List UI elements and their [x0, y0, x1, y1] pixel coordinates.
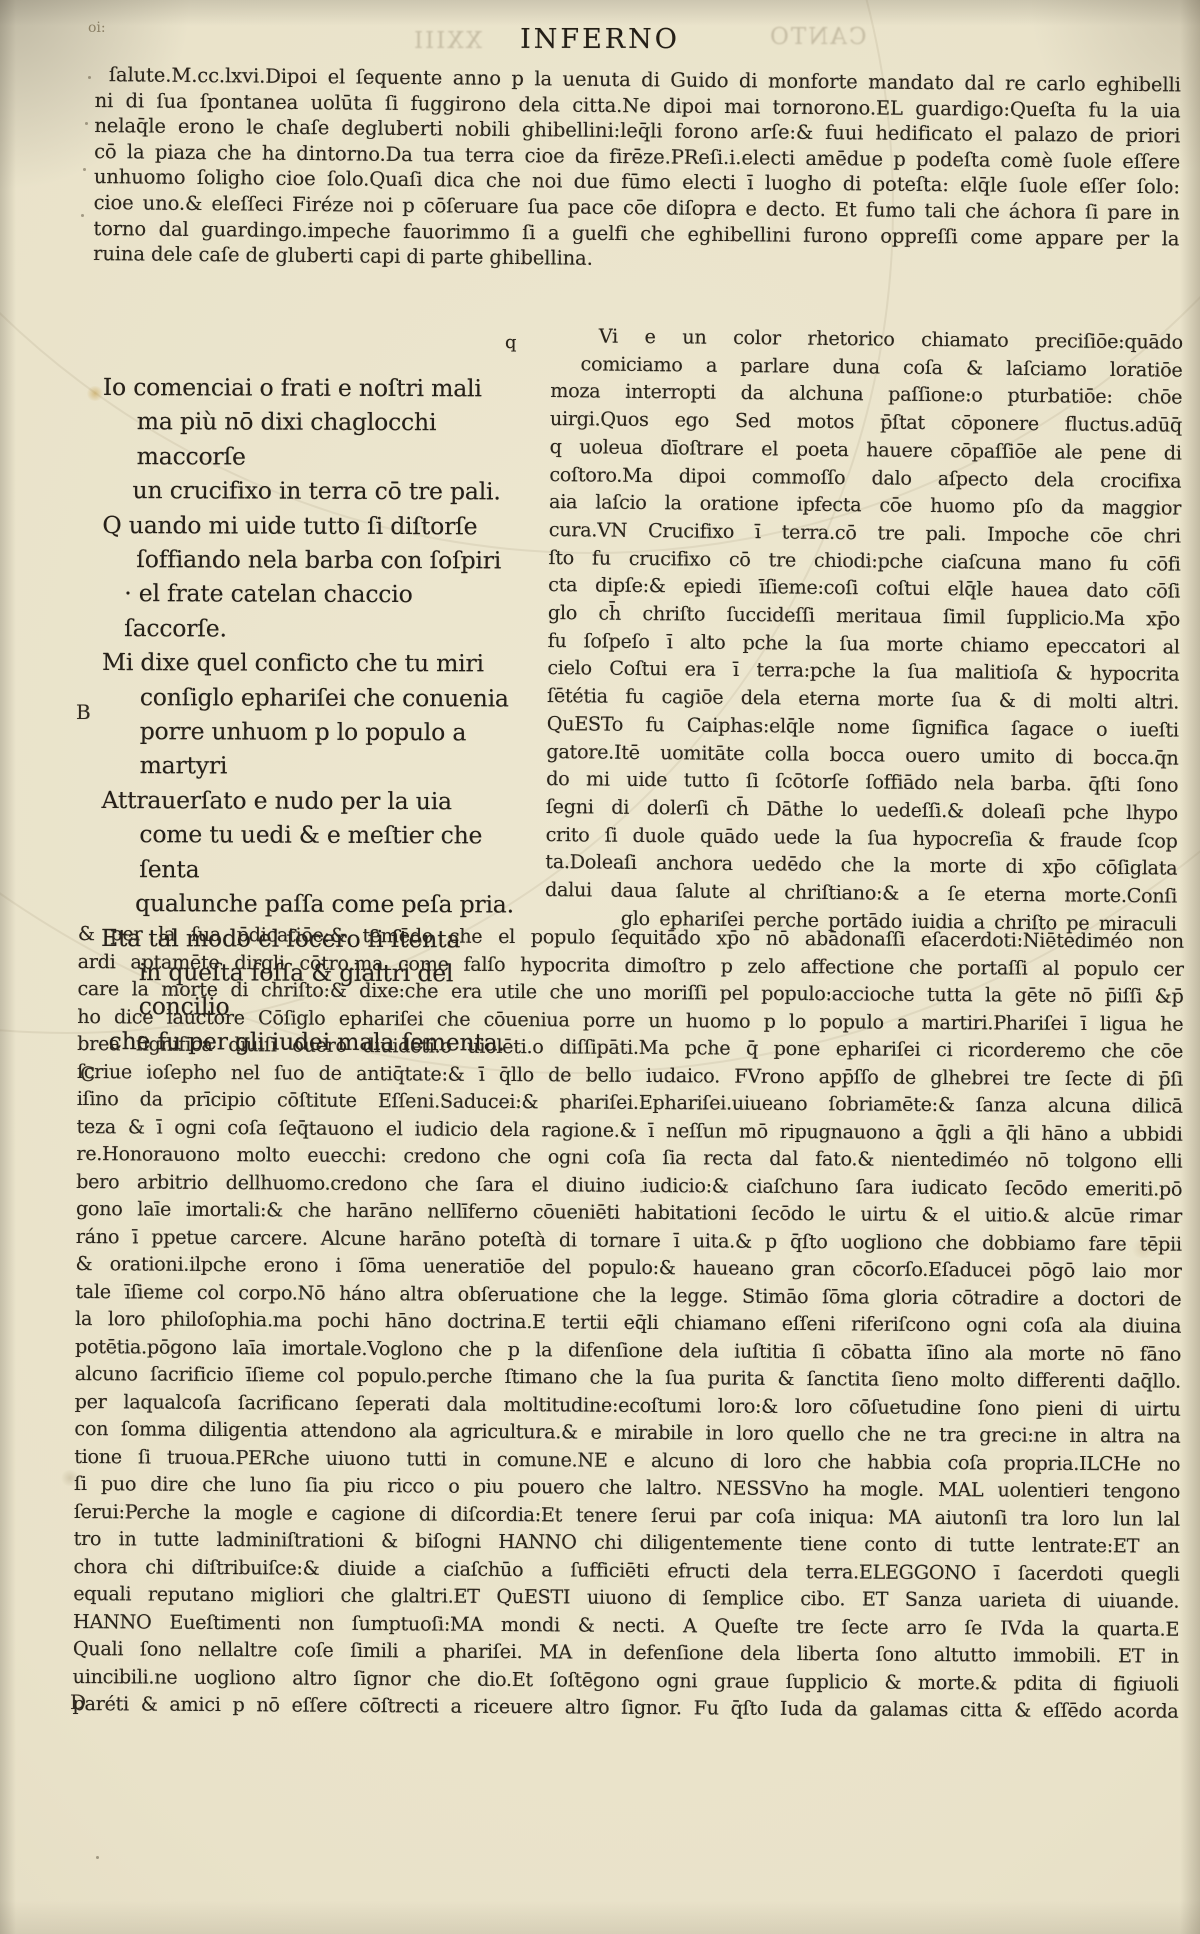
verse-line: conſiglo ephariſei che conuenia	[140, 680, 522, 716]
verse-line: Attrauerſato e nudo per la uia	[101, 783, 521, 819]
margin-letter-b: B	[76, 700, 91, 724]
paper-stain	[86, 386, 104, 401]
ink-speck	[88, 76, 91, 79]
ink-speck	[85, 122, 88, 125]
commentary-column: Vi e un color rhetorico chiamato preciſi…	[545, 322, 1183, 938]
ink-speck	[83, 168, 86, 171]
book-page: XXIII INFERNO CANTO oi: ſalute.M.cc.lxvi…	[0, 0, 1200, 1934]
verse-line: Mi dixe quel conficto che tu miri	[102, 645, 522, 681]
showthrough-canto-word: CANTO	[768, 24, 867, 50]
paragraph-mark: q	[505, 332, 517, 353]
ink-speck	[81, 214, 84, 217]
commentary-body: & per la ſua p̄dicatiōe:& temēdo che el …	[72, 920, 1184, 1725]
margin-letter-c: C	[80, 1062, 95, 1086]
verse-line: qualunche paſſa come peſa pria.	[135, 886, 521, 922]
page-title: INFERNO	[0, 24, 1200, 55]
verse-line: Io comenciai o frati e noſtri mali	[103, 370, 523, 406]
margin-letter-d: D	[70, 1690, 86, 1714]
verse-line: ſoffiando nela barba con ſoſpiri	[136, 542, 522, 578]
verse-line: un crucifixo in terra cō tre pali.	[133, 473, 523, 509]
verse-line: · el frate catelan chaccio ſaccorſe.	[124, 577, 522, 647]
commentary-top-paragraph: ſalute.M.cc.lxvi.Dipoi el ſequente anno …	[93, 62, 1181, 277]
ink-speck	[96, 1856, 99, 1859]
verse-line: ma più nō dixi chaglocchi maccorſe	[137, 405, 523, 475]
verse-line: porre unhuom p lo populo a martyri	[140, 714, 522, 784]
verse-line: come tu uedi & e meſtier che ſenta	[139, 817, 521, 887]
margin-annotation: oi:	[88, 20, 106, 36]
verse-line: Q uando mi uide tutto ſi diſtorſe	[102, 508, 522, 544]
